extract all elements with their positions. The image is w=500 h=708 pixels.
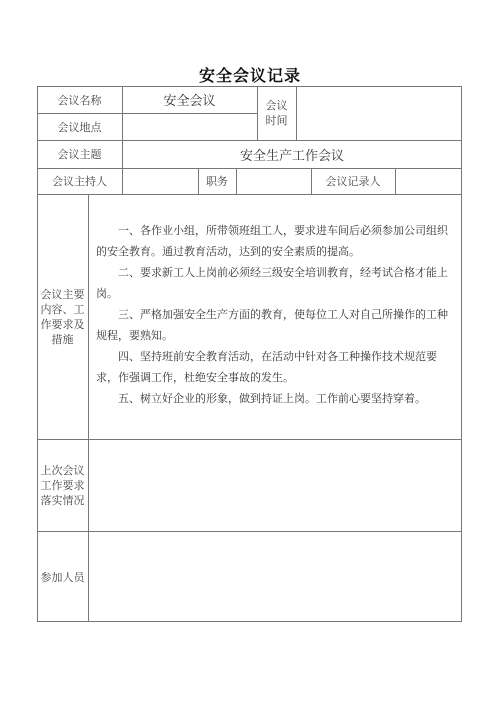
host-label: 会议主持人 bbox=[37, 168, 122, 194]
content-item: 三、严格加强安全生产方面的教育，使每位工人对自己所操作的工种规程，要熟知。 bbox=[96, 304, 456, 346]
meeting-location-field[interactable] bbox=[122, 113, 257, 140]
main-content-body[interactable]: 一、各作业小组，所带领班组工人，要求进车间后必须参加公司组织的安全教育。通过教育… bbox=[96, 220, 456, 409]
content-item: 四、坚持班前安全教育活动，在活动中针对各工种操作技术规范要求，作强调工作，杜绝安… bbox=[96, 346, 456, 388]
position-label: 职务 bbox=[198, 168, 236, 194]
content-item: 一、各作业小组，所带领班组工人，要求进车间后必须参加公司组织的安全教育。通过教育… bbox=[96, 220, 456, 262]
last-meeting-field[interactable] bbox=[88, 439, 462, 531]
recorder-field[interactable] bbox=[395, 168, 462, 194]
last-meeting-label-line: 落实情况 bbox=[41, 493, 85, 508]
meeting-topic-field[interactable]: 安全生产工作会议 bbox=[122, 140, 462, 168]
host-field[interactable] bbox=[122, 168, 198, 194]
meeting-location-label: 会议地点 bbox=[37, 113, 122, 140]
meeting-name-field[interactable]: 安全会议 bbox=[122, 86, 257, 113]
last-meeting-label-line: 工作要求 bbox=[41, 478, 85, 493]
attendees-field[interactable] bbox=[88, 531, 462, 622]
content-item: 五、树立好企业的形象，做到持证上岗。工作前心要坚持穿着。 bbox=[96, 388, 456, 409]
meeting-time-field[interactable] bbox=[296, 86, 462, 140]
attendees-label: 参加人员 bbox=[37, 531, 88, 622]
last-meeting-label-line: 上次会议 bbox=[41, 463, 85, 478]
main-content-label-line: 内容、工 bbox=[41, 302, 85, 317]
content-item: 二、要求新工人上岗前必须经三级安全培训教育，经考试合格才能上岗。 bbox=[96, 262, 456, 304]
main-content-label-line: 措施 bbox=[52, 332, 74, 347]
last-meeting-label: 上次会议 工作要求 落实情况 bbox=[37, 439, 88, 531]
main-content-label: 会议主要 内容、工 作要求及 措施 bbox=[37, 194, 88, 439]
position-field[interactable] bbox=[236, 168, 311, 194]
recorder-label: 会议记录人 bbox=[311, 168, 395, 194]
meeting-time-label-line: 时间 bbox=[266, 113, 288, 128]
meeting-time-label-line: 会议 bbox=[266, 98, 288, 113]
divider bbox=[37, 194, 462, 195]
meeting-name-label: 会议名称 bbox=[37, 86, 122, 113]
main-content-label-line: 作要求及 bbox=[41, 317, 85, 332]
main-content-label-line: 会议主要 bbox=[41, 287, 85, 302]
meeting-time-label: 会议 时间 bbox=[257, 86, 296, 140]
document-title: 安全会议记录 bbox=[0, 63, 500, 86]
meeting-topic-label: 会议主题 bbox=[37, 140, 122, 168]
